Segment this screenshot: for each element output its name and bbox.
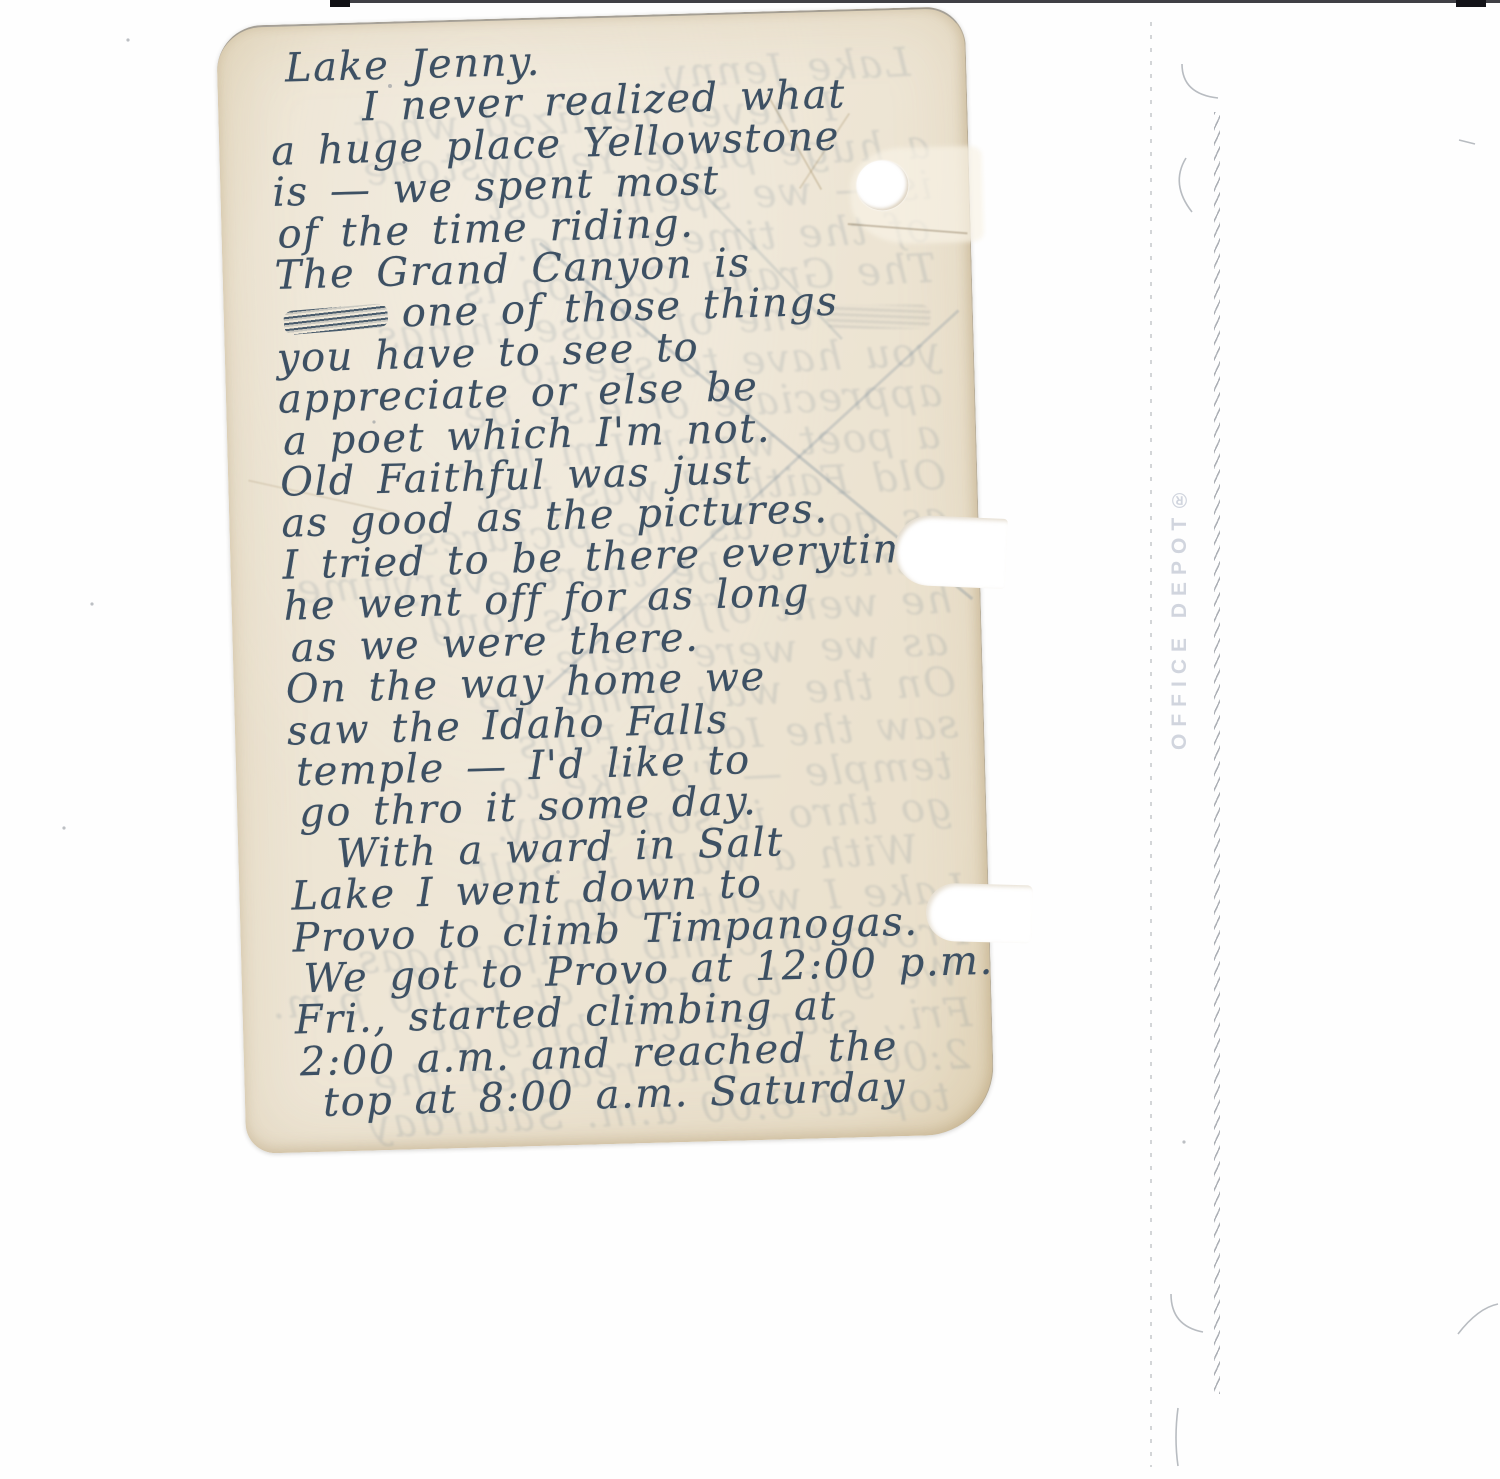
perforation-hatched-line <box>1214 112 1220 1394</box>
torn-edge-notch <box>925 883 1032 944</box>
torn-edge-notch <box>893 514 1008 589</box>
hair-artifact <box>1176 1408 1178 1466</box>
dash-artifact <box>1459 140 1475 144</box>
speck <box>90 602 93 605</box>
letter-paper: Lake Jenny.I never realized whata huge p… <box>216 6 995 1154</box>
scanner-top-edge-mark-right <box>1456 0 1486 7</box>
speck <box>1182 1140 1185 1143</box>
crossed-out-word <box>283 304 389 336</box>
hair-artifact <box>1179 158 1192 212</box>
office-depot-watermark: OFFICE DEPOT® <box>1168 378 1192 750</box>
scanner-top-edge-bar <box>330 0 1500 3</box>
perforation-dotted-line <box>1150 22 1152 1467</box>
speck <box>62 826 65 829</box>
scanner-top-edge-mark-left <box>330 0 350 7</box>
hair-artifact <box>1171 1294 1203 1332</box>
hair-artifact <box>1182 64 1218 98</box>
scanned-letter-page: { "document": { "kind": "scanned handwri… <box>0 0 1500 1479</box>
hair-artifact <box>1458 1304 1498 1334</box>
speck <box>126 38 129 41</box>
